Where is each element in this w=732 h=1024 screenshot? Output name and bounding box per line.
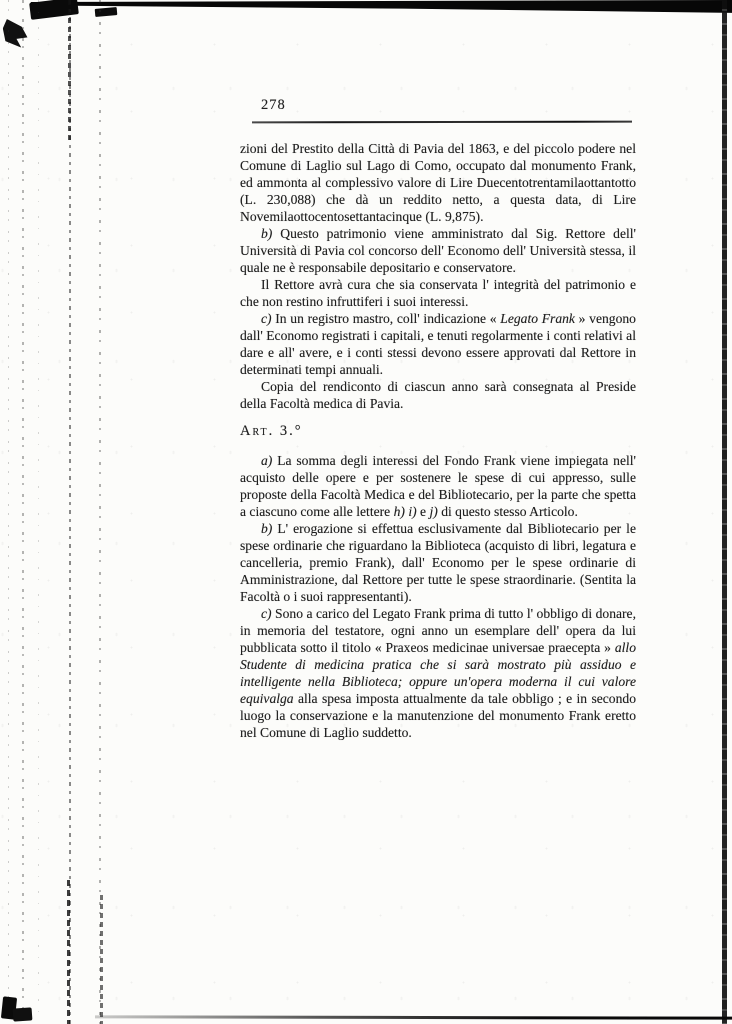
scan-binding-streak: [38, 0, 39, 1024]
page-content: 278 zioni del Prestito della Città di Pa…: [240, 97, 636, 741]
paragraph: c) In un registro mastro, coll' indicazi…: [240, 310, 636, 378]
text-run: j): [429, 504, 437, 519]
text-run: b): [261, 521, 277, 536]
section-art-2-continuation: zioni del Prestito della Città di Pavia …: [240, 140, 636, 412]
paragraph: Copia del rendiconto di ciascun anno sar…: [240, 378, 636, 412]
text-run: Copia del rendiconto di ciascun anno sar…: [240, 379, 636, 411]
page-number: 278: [261, 97, 636, 113]
body-text: zioni del Prestito della Città di Pavia …: [240, 140, 636, 741]
paragraph: zioni del Prestito della Città di Pavia …: [240, 140, 636, 225]
text-run: zioni del Prestito della Città di Pavia …: [240, 141, 636, 224]
scan-binding-streak: [100, 895, 103, 1024]
text-run: c): [261, 311, 275, 326]
scan-ink-blob-top-left: [0, 19, 30, 49]
text-run: Legato Frank: [500, 311, 575, 326]
scan-binding-streak: [68, 0, 71, 140]
scan-ink-blob-bottom-left: [13, 1007, 33, 1021]
text-run: di questo stesso Articolo.: [438, 504, 578, 519]
scan-binding-streak: [8, 0, 9, 1024]
scan-ink-blob-bottom-left: [1, 996, 17, 1019]
scan-top-edge-band: [0, 0, 732, 14]
scanned-book-page: { "page": { "number": "278", "ink_color"…: [0, 0, 732, 1024]
paragraph: b) Questo patrimonio viene amministrato …: [240, 225, 636, 276]
text-run: Questo patrimonio viene amministrato dal…: [240, 226, 636, 275]
scan-right-edge-line: [722, 0, 727, 1024]
paragraph: c) Sono a carico del Legato Frank prima …: [240, 605, 636, 741]
scan-bottom-edge-line: [95, 1015, 732, 1019]
scan-ink-blob-top-left: [95, 7, 118, 17]
scan-binding-streak: [99, 0, 101, 1024]
scan-binding-streak: [69, 0, 71, 1024]
text-run: L' erogazione si effettua esclusivamente…: [240, 521, 636, 604]
text-run: e: [417, 504, 430, 519]
paragraph: Il Rettore avrà cura che sia conservata …: [240, 276, 636, 310]
text-run: b): [261, 226, 280, 241]
article-heading: Art. 3.°: [240, 423, 636, 440]
text-run: c): [261, 606, 275, 621]
text-run: a): [261, 453, 277, 468]
paragraph: b) L' erogazione si effettua esclusivame…: [240, 520, 636, 605]
text-run: In un registro mastro, coll' indicazione…: [275, 311, 500, 326]
header-rule: [252, 121, 632, 124]
scan-ink-blob-top-left: [29, 0, 79, 20]
section-art-3: a) La somma degli interessi del Fondo Fr…: [240, 452, 636, 741]
scan-binding-streak: [22, 0, 24, 1024]
scan-binding-streak: [67, 880, 70, 1024]
paragraph: a) La somma degli interessi del Fondo Fr…: [240, 452, 636, 520]
text-run: alla spesa imposta attualmente da tale o…: [240, 691, 636, 740]
text-run: h) i): [394, 504, 417, 519]
text-run: Sono a carico del Legato Frank prima di …: [240, 606, 636, 655]
text-run: Il Rettore avrà cura che sia conservata …: [240, 277, 636, 309]
